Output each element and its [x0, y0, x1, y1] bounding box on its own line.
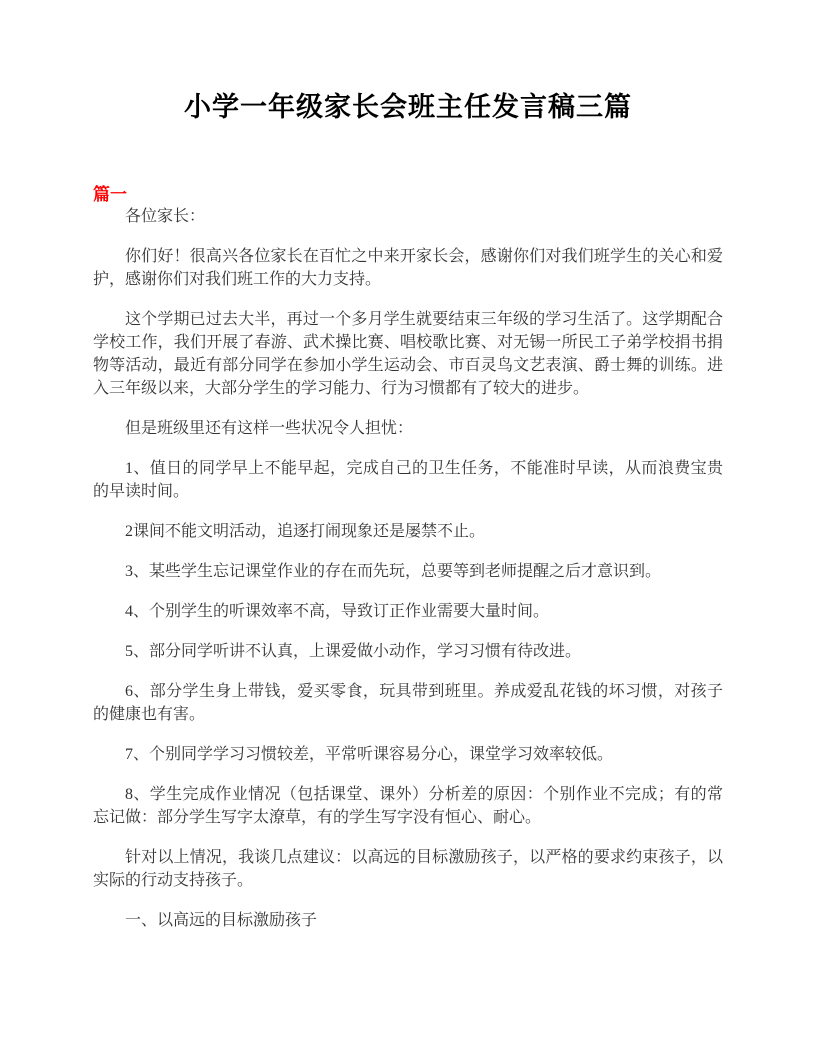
document-page: 小学一年级家长会班主任发言稿三篇 篇一 各位家长：你们好！很高兴各位家长在百忙之… — [0, 0, 816, 1056]
section-label: 篇一 — [93, 184, 723, 205]
paragraph: 8、学生完成作业情况（包括课堂、课外）分析差的原因：个别作业不完成；有的常忘记做… — [93, 783, 723, 829]
paragraph: 7、个别同学学习习惯较差，平常听课容易分心，课堂学习效率较低。 — [93, 743, 723, 766]
paragraph: 这个学期已过去大半，再过一个多月学生就要结束三年级的学习生活了。这学期配合学校工… — [93, 308, 723, 400]
paragraph: 一、以高远的目标激励孩子 — [93, 909, 723, 932]
paragraph: 但是班级里还有这样一些状况令人担忧： — [93, 417, 723, 440]
paragraph: 你们好！很高兴各位家长在百忙之中来开家长会，感谢你们对我们班学生的关心和爱护，感… — [93, 245, 723, 291]
paragraph: 2课间不能文明活动，追逐打闹现象还是屡禁不止。 — [93, 520, 723, 543]
paragraph: 6、部分学生身上带钱，爱买零食，玩具带到班里。养成爱乱花钱的坏习惯，对孩子的健康… — [93, 680, 723, 726]
paragraph: 4、个别学生的听课效率不高，导致订正作业需要大量时间。 — [93, 600, 723, 623]
paragraph: 针对以上情况，我谈几点建议：以高远的目标激励孩子，以严格的要求约束孩子，以实际的… — [93, 846, 723, 892]
document-title: 小学一年级家长会班主任发言稿三篇 — [93, 90, 723, 125]
paragraph: 1、值日的同学早上不能早起，完成自己的卫生任务，不能准时早读，从而浪费宝贵的早读… — [93, 457, 723, 503]
paragraph: 5、部分同学听讲不认真，上课爱做小动作，学习习惯有待改进。 — [93, 640, 723, 663]
paragraph: 3、某些学生忘记课堂作业的存在而先玩，总要等到老师提醒之后才意识到。 — [93, 560, 723, 583]
document-body: 各位家长：你们好！很高兴各位家长在百忙之中来开家长会，感谢你们对我们班学生的关心… — [93, 205, 723, 932]
paragraph: 各位家长： — [93, 205, 723, 228]
